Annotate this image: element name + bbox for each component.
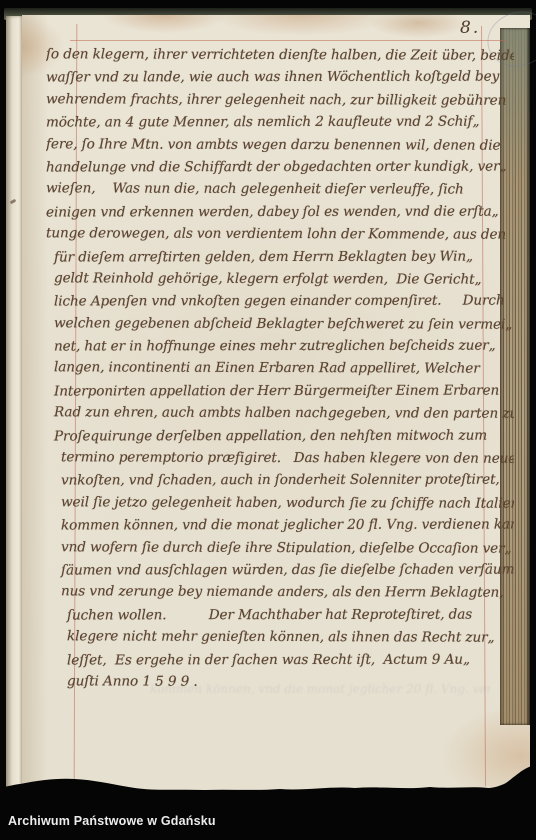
- manuscript-line: Proſequirunge derſelben appellation, den…: [54, 424, 514, 447]
- manuscript-line: weil ſie jetzo gelegenheit haben, wodurc…: [61, 491, 514, 515]
- manuscript-line: fere, ſo Ihre Mtn. von ambts wegen darzu…: [46, 133, 514, 157]
- manuscript-line: vnkoſten, vnd ſchaden, auch in ſonderhei…: [61, 469, 514, 492]
- manuscript-line: kommen können, vnd die monat jeglicher 2…: [61, 514, 514, 537]
- manuscript-line: wehrendem frachts, ihrer gelegenheit nac…: [46, 88, 514, 112]
- manuscript-line: ſo den klegern, ihrer verrichteten dienſ…: [46, 44, 514, 67]
- manuscript-line: Rad zun ehren, auch ambts halben nachgeg…: [54, 402, 514, 426]
- archival-scan-photo: 8. ſo den klegern, ihrer verrichteten di…: [0, 0, 536, 840]
- ruled-margin-line-top: [70, 40, 506, 41]
- manuscript-line: welchen gegebenen abſcheid Beklagter beſ…: [54, 312, 514, 336]
- manuscript-line: wieſen, Was nun die, nach gelegenheit di…: [46, 178, 514, 202]
- ink-bleedthrough: kommen können, vnd die monat jeglicher 2…: [150, 682, 490, 696]
- manuscript-line: geldt Reinhold gehörige, klegern erfolgt…: [54, 267, 514, 291]
- manuscript-line: einigen vnd erkennen werden, dabey ſol e…: [46, 200, 514, 223]
- manuscript-line: tunge derowegen, als von verdientem lohn…: [46, 222, 514, 246]
- manuscript-line: klegere nicht mehr genieſten können, als…: [67, 625, 514, 649]
- archive-caption: Archiwum Państwowe w Gdańsku: [8, 814, 216, 828]
- manuscript-line: handelunge vnd die Schiffardt der obgeda…: [46, 155, 514, 178]
- manuscript-line: möchte, an 4 gute Menner, als nemlich 2 …: [46, 111, 514, 134]
- manuscript-line: Interponirten appellation der Herr Bürge…: [54, 379, 514, 402]
- handwritten-text: ſo den klegern, ihrer verrichteten dienſ…: [46, 44, 514, 696]
- manuscript-line: nus vnd zerunge bey niemande anders, als…: [61, 581, 514, 605]
- manuscript-line: waſſer vnd zu lande, wie auch was ihnen …: [46, 66, 514, 89]
- manuscript-line: liche Apenſen vnd vnkoſten gegen einande…: [54, 290, 514, 313]
- manuscript-line: leſſet, Es ergehe in der ſachen was Rech…: [67, 648, 514, 671]
- manuscript-line: für dieſem arreſtirten gelden, dem Herrn…: [54, 245, 514, 268]
- manuscript-line: ſuchen wollen. Der Machthaber hat Reprot…: [67, 603, 514, 626]
- page-number: 8.: [460, 18, 506, 38]
- manuscript-line: net, hat er in hoffnunge eines mehr zutr…: [54, 335, 514, 358]
- manuscript-line: ſäumen vnd ausſchlagen würden, das ſie d…: [61, 559, 514, 582]
- manuscript-line: vnd wofern ſie durch dieſe ihre Stipulat…: [61, 536, 514, 560]
- manuscript-line: termino peremptorio præfigiret. Das habe…: [61, 446, 514, 470]
- manuscript-line: langen, incontinenti an Einen Erbaren Ra…: [54, 357, 514, 381]
